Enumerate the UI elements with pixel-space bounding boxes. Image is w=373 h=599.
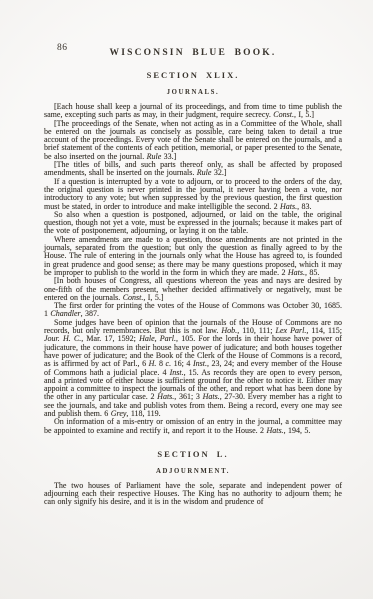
body-paragraph: [The titles of bills, and such parts the… <box>44 161 342 178</box>
section-l-heading: SECTION L. <box>44 449 342 459</box>
section-l-subheading: ADJOURNMENT. <box>44 468 342 475</box>
body-paragraph: [Each house shall keep a journal of its … <box>44 103 342 120</box>
body-paragraph: [In both houses of Congress, all questio… <box>44 277 342 302</box>
book-page: 86 WISCONSIN BLUE BOOK. SECTION XLIX. JO… <box>0 0 373 599</box>
body-paragraph: [The proceedings of the Senate, when not… <box>44 120 342 161</box>
section-l-adjournment: SECTION L. ADJOURNMENT. The two houses o… <box>44 449 342 507</box>
section-l-paragraphs: The two houses of Parliament have the so… <box>44 482 342 507</box>
page-number: 86 <box>57 43 68 53</box>
body-paragraph: If a question is interrupted by a vote t… <box>44 178 342 211</box>
running-title: WISCONSIN BLUE BOOK. <box>110 48 277 58</box>
section-xlix-paragraphs: [Each house shall keep a journal of its … <box>44 103 342 435</box>
body-paragraph: The two houses of Parliament have the so… <box>44 482 342 507</box>
section-xlix-journals: SECTION XLIX. JOURNALS. [Each house shal… <box>44 70 342 435</box>
running-head: 86 WISCONSIN BLUE BOOK. <box>44 42 342 55</box>
body-paragraph: The first order for printing the votes o… <box>44 302 342 319</box>
body-paragraph: Some judges have been of opinion that th… <box>44 319 342 419</box>
body-paragraph: Where amendments are made to a question,… <box>44 236 342 277</box>
body-paragraph: So also when a question is postponed, ad… <box>44 211 342 236</box>
section-xlix-heading: SECTION XLIX. <box>44 70 342 80</box>
section-xlix-subheading: JOURNALS. <box>44 89 342 96</box>
body-paragraph: On information of a mis-entry or omissio… <box>44 418 342 435</box>
